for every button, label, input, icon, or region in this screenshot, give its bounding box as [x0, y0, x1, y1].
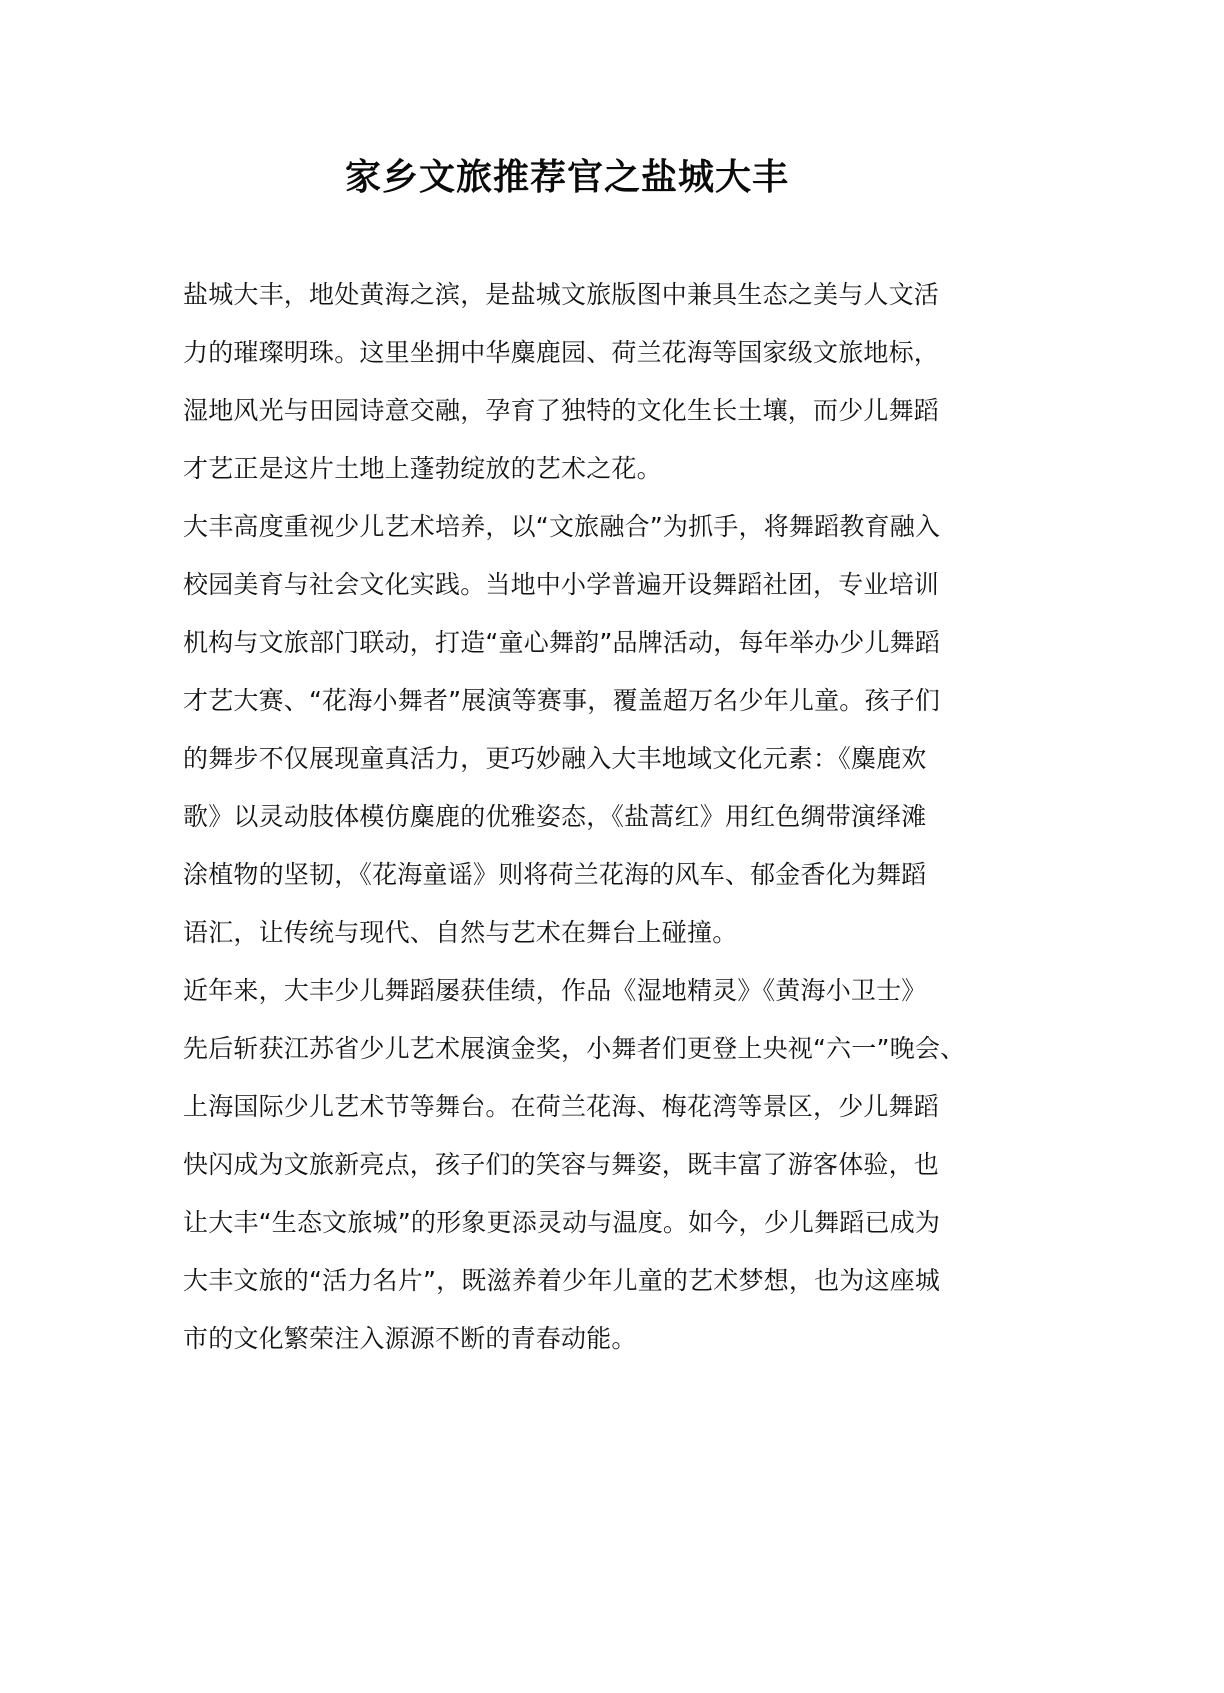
- text-line: 机构与文旅部门联动，打造“童心舞韵”品牌活动，每年举办少儿舞蹈: [183, 614, 973, 672]
- text-line: 市的文化繁荣注入源源不断的青春动能。: [183, 1310, 973, 1368]
- text-line: 大丰高度重视少儿艺术培养，以“文旅融合”为抓手，将舞蹈教育融入: [183, 498, 973, 556]
- document-title: 家乡文旅推荐官之盐城大丰: [0, 152, 1134, 204]
- text-line: 力的璀璨明珠。这里坐拥中华麋鹿园、荷兰花海等国家级文旅地标，: [183, 324, 973, 382]
- text-line: 让大丰“生态文旅城”的形象更添灵动与温度。如今，少儿舞蹈已成为: [183, 1194, 973, 1252]
- text-line: 涂植物的坚韧，《花海童谣》则将荷兰花海的风车、郁金香化为舞蹈: [183, 846, 973, 904]
- text-line: 才艺正是这片土地上蓬勃绽放的艺术之花。: [183, 440, 973, 498]
- paragraph-1: 盐城大丰，地处黄海之滨，是盐城文旅版图中兼具生态之美与人文活 力的璀璨明珠。这里…: [183, 266, 973, 498]
- paragraph-3: 近年来，大丰少儿舞蹈屡获佳绩，作品《湿地精灵》《黄海小卫士》 先后斩获江苏省少儿…: [183, 962, 973, 1368]
- text-line: 先后斩获江苏省少儿艺术展演金奖，小舞者们更登上央视“六一”晚会、: [183, 1020, 973, 1078]
- text-line: 湿地风光与田园诗意交融，孕育了独特的文化生长土壤，而少儿舞蹈: [183, 382, 973, 440]
- text-line: 才艺大赛、“花海小舞者”展演等赛事，覆盖超万名少年儿童。孩子们: [183, 672, 973, 730]
- text-line: 的舞步不仅展现童真活力，更巧妙融入大丰地域文化元素：《麋鹿欢: [183, 730, 973, 788]
- document-page: 家乡文旅推荐官之盐城大丰 盐城大丰，地处黄海之滨，是盐城文旅版图中兼具生态之美与…: [0, 0, 1224, 1693]
- text-line: 近年来，大丰少儿舞蹈屡获佳绩，作品《湿地精灵》《黄海小卫士》: [183, 962, 973, 1020]
- document-body: 盐城大丰，地处黄海之滨，是盐城文旅版图中兼具生态之美与人文活 力的璀璨明珠。这里…: [183, 266, 973, 1368]
- text-line: 大丰文旅的“活力名片”，既滋养着少年儿童的艺术梦想，也为这座城: [183, 1252, 973, 1310]
- text-line: 校园美育与社会文化实践。当地中小学普遍开设舞蹈社团，专业培训: [183, 556, 973, 614]
- paragraph-2: 大丰高度重视少儿艺术培养，以“文旅融合”为抓手，将舞蹈教育融入 校园美育与社会文…: [183, 498, 973, 962]
- text-line: 盐城大丰，地处黄海之滨，是盐城文旅版图中兼具生态之美与人文活: [183, 266, 973, 324]
- text-line: 快闪成为文旅新亮点，孩子们的笑容与舞姿，既丰富了游客体验，也: [183, 1136, 973, 1194]
- text-line: 歌》以灵动肢体模仿麋鹿的优雅姿态，《盐蒿红》用红色绸带演绎滩: [183, 788, 973, 846]
- text-line: 语汇，让传统与现代、自然与艺术在舞台上碰撞。: [183, 904, 973, 962]
- text-line: 上海国际少儿艺术节等舞台。在荷兰花海、梅花湾等景区，少儿舞蹈: [183, 1078, 973, 1136]
